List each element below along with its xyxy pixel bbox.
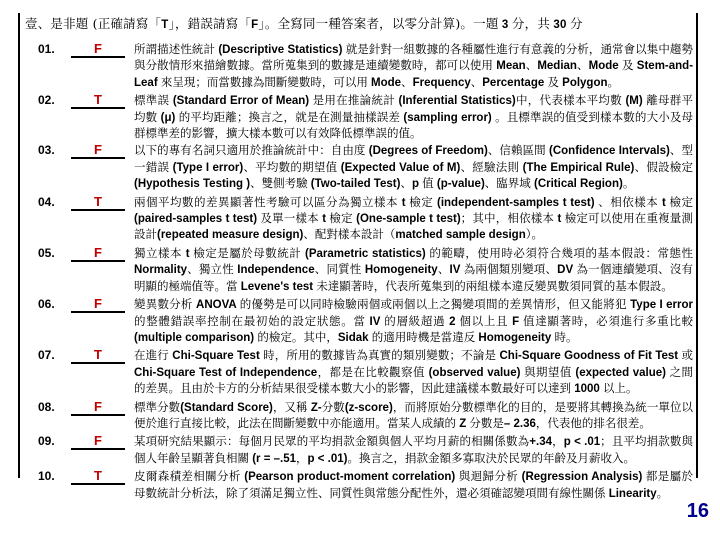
answer-value: F xyxy=(94,399,102,414)
question-row: 08. F 標準分數(Standard Score)，又稱 Z-分數(z-sco… xyxy=(25,400,693,433)
question-text: 獨立樣本 t 檢定是屬於母數統計 (Parametric statistics)… xyxy=(134,246,693,295)
question-row: 01. F 所謂描述性統計 (Descriptive Statistics) 就… xyxy=(25,42,693,91)
question-row: 06. F 變異數分析 ANOVA 的優勢是可以同時檢驗兩個或兩個以上之獨變項間… xyxy=(25,297,693,346)
question-number: 05. xyxy=(38,246,64,261)
answer-value: F xyxy=(94,142,102,157)
right-border-line xyxy=(696,13,698,478)
answer-value: T xyxy=(94,92,102,107)
question-row: 07. T 在進行 Chi-Square Test 時，所用的數據皆為真實的類別… xyxy=(25,348,693,397)
left-border-line xyxy=(18,13,20,478)
question-number: 06. xyxy=(38,297,64,312)
question-text: 標準誤 (Standard Error of Mean) 是用在推論統計 (In… xyxy=(134,93,693,141)
question-number: 03. xyxy=(38,143,64,158)
answer-blank: F xyxy=(71,400,125,416)
question-text: 所謂描述性統計 (Descriptive Statistics) 就是針對一組數… xyxy=(134,42,693,91)
answer-value: F xyxy=(94,433,102,448)
page-number: 16 xyxy=(687,500,709,523)
answer-blank: F xyxy=(71,434,125,450)
question-row: 05. F 獨立樣本 t 檢定是屬於母數統計 (Parametric stati… xyxy=(25,246,693,295)
question-number: 09. xyxy=(38,434,64,449)
question-text: 某項研究結果顯示：每個月民眾的平均捐款金額與個人平均月薪的相關係數為+.34，p… xyxy=(134,434,693,467)
question-row: 10. T 皮爾森積差相關分析 (Pearson product-moment … xyxy=(25,469,693,502)
question-row: 03. F 以下的專有名詞只適用於推論統計中：自由度 (Degrees of F… xyxy=(25,143,693,192)
question-number: 02. xyxy=(38,93,64,108)
answer-blank: T xyxy=(71,469,125,485)
answer-value: T xyxy=(94,347,102,362)
answer-value: F xyxy=(94,41,102,56)
question-row: 02. T 標準誤 (Standard Error of Mean) 是用在推論… xyxy=(25,93,693,141)
question-list: 01. F 所謂描述性統計 (Descriptive Statistics) 就… xyxy=(25,42,693,502)
question-number: 08. xyxy=(38,400,64,415)
question-number: 04. xyxy=(38,195,64,210)
section-title: 壹、是非題 (正確請寫「T」，錯誤請寫「F」。全寫同一種答案者，以零分計算)。一… xyxy=(25,14,693,35)
question-number: 07. xyxy=(38,348,64,363)
question-text: 標準分數(Standard Score)，又稱 Z-分數(z-score)，而將… xyxy=(134,400,693,433)
answer-blank: T xyxy=(71,195,125,211)
question-number: 10. xyxy=(38,469,64,484)
answer-blank: F xyxy=(71,42,125,58)
question-text: 在進行 Chi-Square Test 時，所用的數據皆為真實的類別變數；不論是… xyxy=(134,348,693,397)
question-text: 以下的專有名詞只適用於推論統計中：自由度 (Degrees of Freedom… xyxy=(134,143,693,192)
question-text: 皮爾森積差相關分析 (Pearson product-moment correl… xyxy=(134,469,693,502)
answer-value: T xyxy=(94,468,102,483)
answer-value: F xyxy=(94,245,102,260)
slide: 壹、是非題 (正確請寫「T」，錯誤請寫「F」。全寫同一種答案者，以零分計算)。一… xyxy=(0,0,720,540)
question-text: 兩個平均數的差異顯著性考驗可以區分為獨立樣本 t 檢定 (independent… xyxy=(134,195,693,244)
answer-blank: T xyxy=(71,348,125,364)
answer-blank: F xyxy=(71,143,125,159)
question-row: 09. F 某項研究結果顯示：每個月民眾的平均捐款金額與個人平均月薪的相關係數為… xyxy=(25,434,693,467)
question-number: 01. xyxy=(38,42,64,57)
answer-blank: T xyxy=(71,93,125,109)
slide-content: 壹、是非題 (正確請寫「T」，錯誤請寫「F」。全寫同一種答案者，以零分計算)。一… xyxy=(25,14,693,502)
answer-blank: F xyxy=(71,246,125,262)
answer-blank: F xyxy=(71,297,125,313)
answer-value: F xyxy=(94,296,102,311)
answer-value: T xyxy=(94,194,102,209)
question-row: 04. T 兩個平均數的差異顯著性考驗可以區分為獨立樣本 t 檢定 (indep… xyxy=(25,195,693,244)
question-text: 變異數分析 ANOVA 的優勢是可以同時檢驗兩個或兩個以上之獨變項間的差異情形，… xyxy=(134,297,693,346)
